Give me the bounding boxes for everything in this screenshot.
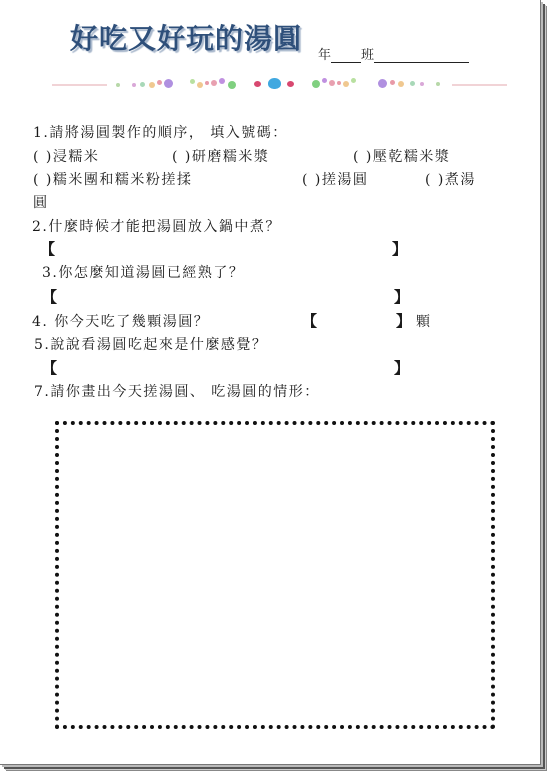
- q5-close-bracket: 】: [394, 357, 409, 378]
- class-blank[interactable]: [374, 48, 469, 63]
- deco-dot: [116, 83, 120, 87]
- q3-open-bracket: 【: [42, 286, 57, 307]
- worksheet-page: 好吃又好玩的湯圓 年班 1.請將湯圓製作的順序， 填入號碼：: [0, 0, 541, 765]
- q2-close-bracket: 】: [392, 238, 407, 259]
- q2-open-bracket: 【: [40, 238, 55, 259]
- deco-dot: [149, 82, 155, 88]
- deco-dot: [197, 82, 203, 88]
- deco-dot: [228, 81, 236, 89]
- deco-dot: [205, 81, 209, 85]
- question-3-prompt: 3.你怎麼知道湯圓已經熟了？: [42, 262, 244, 282]
- decorative-divider: [50, 76, 510, 94]
- q3-answer-field[interactable]: [60, 286, 390, 306]
- deco-dot: [140, 82, 145, 87]
- deco-dot: [329, 80, 335, 86]
- question-7-prompt: 7.請你畫出今天搓湯圓、 吃湯圓的情形：: [34, 381, 320, 401]
- deco-dot: [398, 81, 404, 87]
- q1-option-press-rice[interactable]: ( )壓乾糯米漿: [353, 146, 450, 166]
- year-label: 年: [318, 48, 331, 63]
- q4-close-bracket: 】: [396, 310, 411, 331]
- q1-option-soak-rice[interactable]: ( )浸糯米: [33, 146, 99, 166]
- q3-close-bracket: 】: [394, 286, 409, 307]
- deco-dot: [378, 79, 387, 88]
- class-info: 年班: [318, 44, 469, 63]
- deco-heart: [254, 81, 261, 87]
- deco-dot: [410, 81, 415, 86]
- deco-dot: [219, 78, 225, 84]
- deco-dot: [420, 82, 424, 86]
- deco-heart-blue: [268, 78, 281, 89]
- q4-unit-label: 顆: [416, 311, 432, 331]
- question-5-prompt: 5.說說看湯圓吃起來是什麼感覺？: [34, 334, 267, 354]
- q5-answer-field[interactable]: [60, 357, 390, 377]
- q4-open-bracket: 【: [302, 310, 317, 331]
- deco-dot: [337, 81, 341, 85]
- deco-dot: [312, 80, 320, 88]
- q1-option-boil-tangyuan[interactable]: ( )煮湯: [425, 169, 476, 189]
- deco-dot: [436, 82, 440, 86]
- question-2-prompt: 2.什麼時候才能把湯圓放入鍋中煮？: [32, 216, 281, 236]
- drawing-area[interactable]: [55, 421, 495, 729]
- divider-line-right: [452, 84, 507, 86]
- q1-option-roll-tangyuan[interactable]: ( )搓湯圓: [302, 169, 368, 189]
- q1-option-knead-dough[interactable]: ( )糯米團和糯米粉搓揉: [33, 169, 192, 189]
- q4-answer-field[interactable]: [320, 310, 392, 330]
- deco-dot: [322, 78, 327, 83]
- q1-option-continued: 圓: [33, 192, 49, 212]
- q5-open-bracket: 【: [42, 357, 57, 378]
- divider-line-left: [52, 84, 107, 86]
- deco-dot: [164, 79, 173, 88]
- deco-dot: [211, 80, 217, 86]
- question-1-prompt: 1.請將湯圓製作的順序， 填入號碼：: [33, 122, 288, 142]
- worksheet-title: 好吃又好玩的湯圓: [70, 17, 302, 57]
- deco-dot: [351, 78, 356, 83]
- deco-dot: [390, 80, 395, 85]
- question-4-prompt: 4. 你今天吃了幾顆湯圓？: [32, 311, 209, 331]
- year-blank[interactable]: [331, 48, 361, 63]
- class-label: 班: [361, 48, 374, 63]
- q1-option-grind-rice[interactable]: ( )研磨糯米漿: [172, 146, 269, 166]
- deco-dot: [157, 80, 162, 85]
- deco-dot: [190, 79, 195, 84]
- deco-dot: [132, 83, 136, 87]
- deco-dot: [343, 81, 349, 87]
- deco-heart: [287, 81, 294, 87]
- q2-answer-field[interactable]: [58, 238, 388, 258]
